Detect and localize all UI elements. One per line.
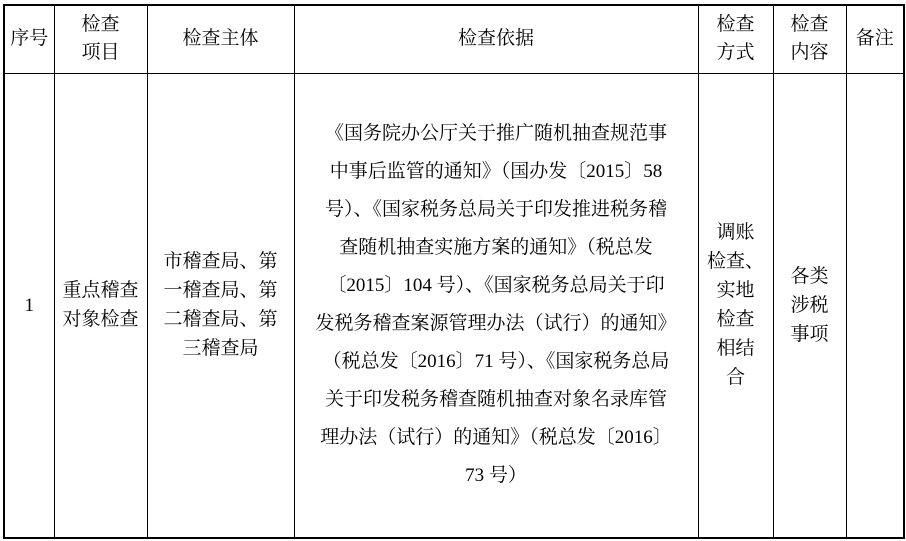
cell-remark <box>846 73 904 538</box>
inspection-plan-table: 序号 检查 项目 检查主体 检查依据 检查 方式 检查 内容 备注 1 重点稽查… <box>3 4 905 539</box>
header-remark: 备注 <box>846 5 904 73</box>
header-method: 检查 方式 <box>698 5 773 73</box>
cell-seq: 1 <box>4 73 54 538</box>
cell-basis: 《国务院办公厅关于推广随机抽查规范事 中事后监管的通知》（国办发〔2015〕58… <box>294 73 698 538</box>
cell-item: 重点稽查 对象检查 <box>54 73 147 538</box>
table-row: 1 重点稽查 对象检查 市稽查局、第 一稽查局、第 二稽查局、第 三稽查局 《国… <box>4 73 904 538</box>
header-basis: 检查依据 <box>294 5 698 73</box>
header-seq: 序号 <box>4 5 54 73</box>
table-header-row: 序号 检查 项目 检查主体 检查依据 检查 方式 检查 内容 备注 <box>4 5 904 73</box>
cell-content: 各类 涉税 事项 <box>773 73 846 538</box>
cell-method: 调账 检查、 实地 检查 相结 合 <box>698 73 773 538</box>
document-page: 序号 检查 项目 检查主体 检查依据 检查 方式 检查 内容 备注 1 重点稽查… <box>0 0 906 541</box>
header-item: 检查 项目 <box>54 5 147 73</box>
header-content: 检查 内容 <box>773 5 846 73</box>
header-subject: 检查主体 <box>147 5 294 73</box>
cell-subject: 市稽查局、第 一稽查局、第 二稽查局、第 三稽查局 <box>147 73 294 538</box>
